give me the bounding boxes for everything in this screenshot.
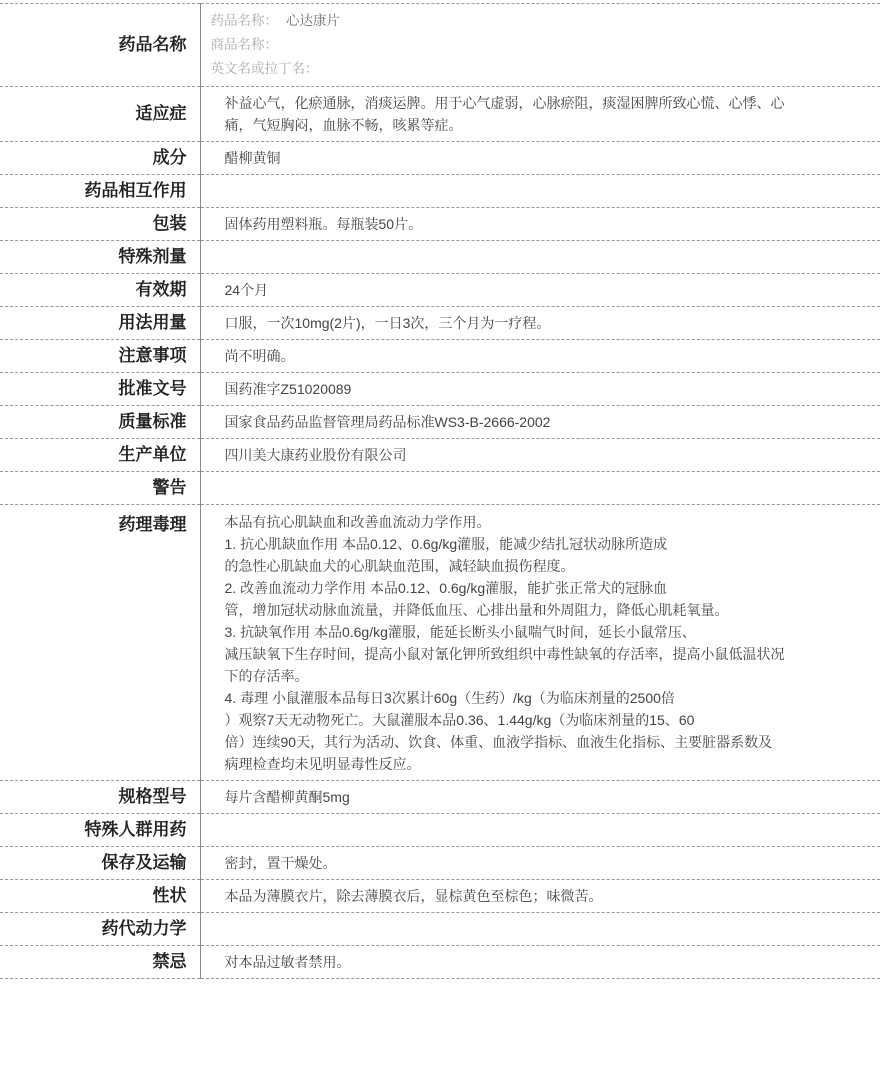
row-label: 药品名称 [0, 4, 200, 87]
row-content: 密封，置干燥处。 [200, 847, 880, 880]
table-row-pharmacokinetics: 药代动力学 [0, 913, 880, 946]
table-row-ingredients: 成分 醋柳黄铜 [0, 142, 880, 175]
row-content: 对本品过敏者禁用。 [200, 946, 880, 979]
table-row-drug-interactions: 药品相互作用 [0, 175, 880, 208]
trade-name-line: 商品名称： [211, 33, 869, 57]
latin-name-line: 英文名或拉丁名： [211, 57, 869, 81]
table-row-precautions: 注意事项 尚不明确。 [0, 340, 880, 373]
row-label: 特殊剂量 [0, 241, 200, 274]
table-row-shelf-life: 有效期 24个月 [0, 274, 880, 307]
row-content: 固体药用塑料瓶。每瓶装50片。 [200, 208, 880, 241]
row-label: 批准文号 [0, 373, 200, 406]
row-content: 每片含醋柳黄酮5mg [200, 781, 880, 814]
latin-name-field-label: 英文名或拉丁名： [211, 61, 319, 76]
row-label: 注意事项 [0, 340, 200, 373]
table-row-contraindications: 禁忌 对本品过敏者禁用。 [0, 946, 880, 979]
drug-name-field-label: 药品名称： [211, 13, 279, 28]
row-content: 本品为薄膜衣片，除去薄膜衣后，显棕黄色至棕色；味微苦。 [200, 880, 880, 913]
drug-name-line: 药品名称：心达康片 [211, 9, 869, 33]
table-row-warning: 警告 [0, 472, 880, 505]
row-content: 24个月 [200, 274, 880, 307]
table-row-dosage-administration: 用法用量 口服，一次10mg(2片)，一日3次，三个月为一疗程。 [0, 307, 880, 340]
row-content: 国药准字Z51020089 [200, 373, 880, 406]
row-label: 规格型号 [0, 781, 200, 814]
row-label: 用法用量 [0, 307, 200, 340]
row-content [200, 913, 880, 946]
drug-info-table: 药品名称 药品名称：心达康片 商品名称： 英文名或拉丁名： 适应症 补益心气，化… [0, 3, 880, 979]
table-row-quality-standard: 质量标准 国家食品药品监督管理局药品标准WS3-B-2666-2002 [0, 406, 880, 439]
trade-name-field-label: 商品名称： [211, 37, 279, 52]
row-label: 药品相互作用 [0, 175, 200, 208]
row-content: 药品名称：心达康片 商品名称： 英文名或拉丁名： [200, 4, 880, 87]
table-row-storage-transport: 保存及运输 密封，置干燥处。 [0, 847, 880, 880]
table-row-drug-name: 药品名称 药品名称：心达康片 商品名称： 英文名或拉丁名： [0, 4, 880, 87]
row-label: 生产单位 [0, 439, 200, 472]
drug-name-value: 心达康片 [286, 13, 340, 28]
table-row-special-dosage: 特殊剂量 [0, 241, 880, 274]
table-row-pharmacology-toxicology: 药理毒理 本品有抗心肌缺血和改善血流动力学作用。 1. 抗心肌缺血作用 本品0.… [0, 505, 880, 781]
row-content [200, 472, 880, 505]
table-row-approval-number: 批准文号 国药准字Z51020089 [0, 373, 880, 406]
row-label: 药理毒理 [0, 505, 200, 781]
row-label: 包装 [0, 208, 200, 241]
drug-info-page: 药品名称 药品名称：心达康片 商品名称： 英文名或拉丁名： 适应症 补益心气，化… [0, 0, 880, 1080]
row-label: 质量标准 [0, 406, 200, 439]
row-label: 保存及运输 [0, 847, 200, 880]
row-content: 补益心气，化瘀通脉，消痰运脾。用于心气虚弱，心脉瘀阻，痰湿困脾所致心慌、心悸、心… [200, 87, 880, 142]
row-content [200, 175, 880, 208]
row-content: 醋柳黄铜 [200, 142, 880, 175]
row-content [200, 814, 880, 847]
row-label: 禁忌 [0, 946, 200, 979]
row-label: 适应症 [0, 87, 200, 142]
row-label: 警告 [0, 472, 200, 505]
table-row-description: 性状 本品为薄膜衣片，除去薄膜衣后，显棕黄色至棕色；味微苦。 [0, 880, 880, 913]
table-row-specification: 规格型号 每片含醋柳黄酮5mg [0, 781, 880, 814]
row-label: 性状 [0, 880, 200, 913]
row-content: 本品有抗心肌缺血和改善血流动力学作用。 1. 抗心肌缺血作用 本品0.12、0.… [200, 505, 880, 781]
row-label: 有效期 [0, 274, 200, 307]
row-label: 特殊人群用药 [0, 814, 200, 847]
row-content: 口服，一次10mg(2片)，一日3次，三个月为一疗程。 [200, 307, 880, 340]
table-row-indications: 适应症 补益心气，化瘀通脉，消痰运脾。用于心气虚弱，心脉瘀阻，痰湿困脾所致心慌、… [0, 87, 880, 142]
row-label: 药代动力学 [0, 913, 200, 946]
row-content: 尚不明确。 [200, 340, 880, 373]
row-label: 成分 [0, 142, 200, 175]
row-content: 国家食品药品监督管理局药品标准WS3-B-2666-2002 [200, 406, 880, 439]
table-row-special-populations: 特殊人群用药 [0, 814, 880, 847]
row-content [200, 241, 880, 274]
table-row-packaging: 包装 固体药用塑料瓶。每瓶装50片。 [0, 208, 880, 241]
table-row-manufacturer: 生产单位 四川美大康药业股份有限公司 [0, 439, 880, 472]
row-content: 四川美大康药业股份有限公司 [200, 439, 880, 472]
